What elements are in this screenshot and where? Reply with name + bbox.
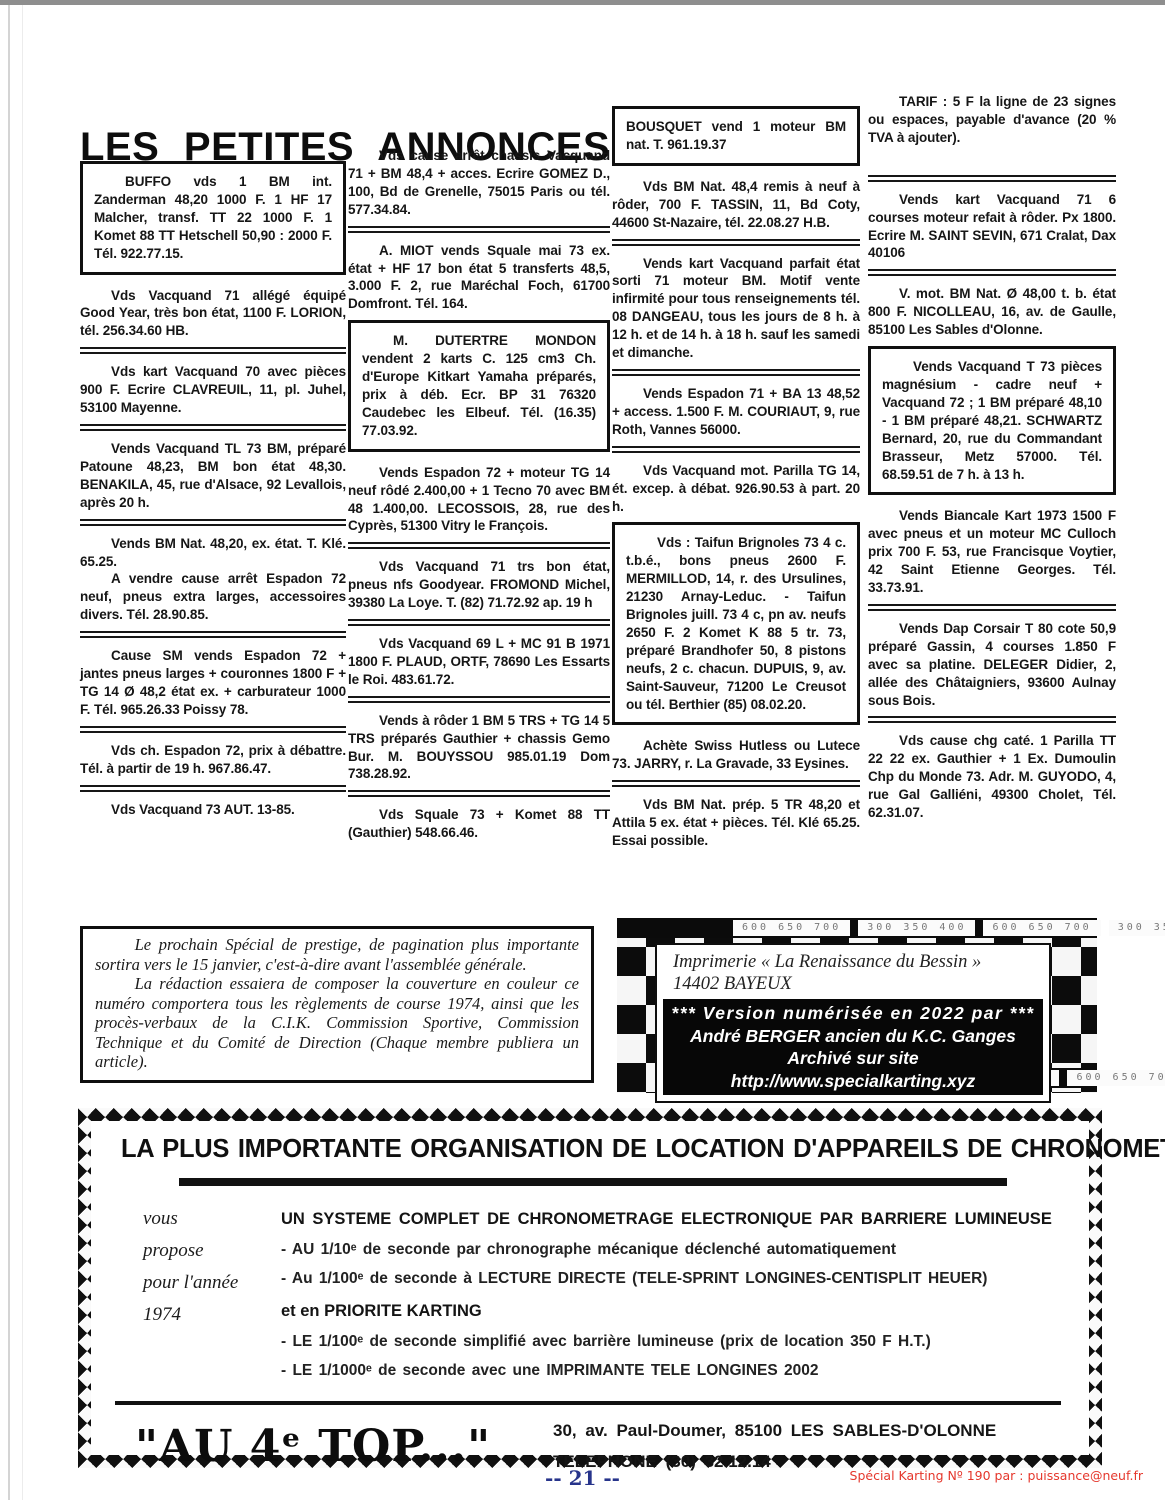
ad-text: Achète Swiss Hutless ou Lutece 73. JARRY… — [612, 737, 860, 773]
classified-ad: Vends kart Vacquand 71 6 courses moteur … — [868, 191, 1116, 263]
ad-text: V. mot. BM Nat. Ø 48,00 t. b. état 800 F… — [868, 285, 1116, 339]
classified-ad: Vends Biancale Kart 1973 1500 F avec pne… — [868, 507, 1116, 597]
printer-city: 14402 BAYEUX — [673, 973, 1043, 995]
boxed-ad: M. DUTERTRE MONDON vendent 2 karts C. 12… — [348, 320, 610, 451]
printer-calibration-box: 600 650 700300 350 400600 650 700300 350… — [617, 918, 1097, 1093]
classified-ad: V. mot. BM Nat. Ø 48,00 t. b. état 800 F… — [868, 285, 1116, 339]
magazine-page: LES PETITES ANNONCES BUFFO vds 1 BM int.… — [0, 0, 1165, 1500]
classified-ad: Vends Dap Corsair T 80 cote 50,9 préparé… — [868, 620, 1116, 710]
classified-ad: Vds Vacquand mot. Parilla TG 14, ét. exc… — [612, 462, 860, 516]
ad-text: Vends Vacquand T 73 pièces magnésium - c… — [882, 358, 1102, 483]
ad-text: Vends Vacquand TL 73 BM, préparé Patoune… — [80, 440, 346, 512]
ad-text: Vends kart Vacquand 71 6 courses moteur … — [868, 191, 1116, 263]
ad-divider — [868, 604, 1116, 611]
brand-name: "AU 4ᵉ TOP..." — [135, 1421, 491, 1472]
chronometrage-ad-inner: LA PLUS IMPORTANTE ORGANISATION DE LOCAT… — [91, 1121, 1089, 1455]
ad-divider — [612, 239, 860, 246]
digitized-line: *** Version numérisée en 2022 par *** — [665, 1002, 1041, 1025]
ad-divider — [868, 269, 1116, 276]
ad-text: Vds Vacquand 71 allégé équipé Good Year,… — [80, 287, 346, 341]
printer-credit-box: Imprimerie « La Renaissance du Bessin » … — [655, 943, 1051, 1103]
ad-divider — [612, 446, 860, 453]
ad-text: Vds Squale 73 + Komet 88 TT (Gauthier) 5… — [348, 806, 610, 842]
ad-text: Vds Vacquand 71 trs bon état, pneus nfs … — [348, 558, 610, 612]
ad-text: Vds BM Nat. prép. 5 TR 48,20 et Attila 5… — [612, 796, 860, 850]
ad-text: Vds kart Vacquand 70 avec pièces 900 F. … — [80, 363, 346, 417]
ad-text: Cause SM vends Espadon 72 + jantes pneus… — [80, 647, 346, 719]
calibration-numbers: 600 650 700 — [733, 920, 850, 936]
notice-paragraph: La rédaction essaiera de composer la cou… — [95, 974, 579, 1072]
ad-divider — [80, 347, 346, 354]
ad-text: Vends kart Vacquand parfait état sorti 7… — [612, 255, 860, 362]
ad-divider — [348, 790, 610, 797]
classified-ad: Vds BM Nat. 48,4 remis à neuf à rôder, 7… — [612, 178, 860, 232]
digitized-line: André BERGER ancien du K.C. Ganges — [665, 1025, 1041, 1048]
calibration-numbers: 600 650 700 — [1067, 1070, 1165, 1086]
editorial-notice-box: Le prochain Spécial de prestige, de pagi… — [80, 926, 594, 1083]
system-title: UN SYSTEME COMPLET DE CHRONOMETRAGE ELEC… — [281, 1210, 1063, 1229]
ad-intro-column: vous propose pour l'année 1974 — [113, 1208, 281, 1391]
footer-note: Spécial Karting Nº 190 par : puissance@n… — [850, 1468, 1143, 1483]
ad-divider — [868, 716, 1116, 723]
classified-ad: Vds cause chg caté. 1 Parilla TT 22 22 e… — [868, 732, 1116, 822]
ad-text: Vends Espadon 72 + moteur TG 14 neuf rôd… — [348, 464, 610, 536]
ad-text: M. DUTERTRE MONDON vendent 2 karts C. 12… — [362, 332, 596, 439]
priority-item: - LE 1/1000ᵉ de seconde avec une IMPRIMA… — [281, 1362, 1063, 1380]
classified-ad: Vds Vacquand 71 allégé équipé Good Year,… — [80, 287, 346, 341]
ad-divider — [348, 226, 610, 233]
ad-text: A vendre cause arrêt Espadon 72 neuf, pn… — [80, 570, 346, 624]
ad-text: Vds : Taifun Brignoles 73 4 c. t.b.é., b… — [626, 534, 846, 713]
ad-divider — [80, 631, 346, 638]
classified-ad: Vds Vacquand 73 AUT. 13-85. — [80, 801, 346, 819]
address-line: 30, av. Paul-Doumer, 85100 LES SABLES-D'… — [553, 1415, 1053, 1446]
ads-column-2: Vds cause arrêt chassis Vacquand 71 + BM… — [348, 147, 610, 849]
classified-ad: Vends BM Nat. 48,20, ex. état. T. Klé. 6… — [80, 535, 346, 625]
calibration-numbers: 600 650 700 — [983, 920, 1100, 936]
ad-divider — [612, 780, 860, 787]
system-item: - AU 1/10ᵉ de seconde par chronographe m… — [281, 1241, 1063, 1259]
classified-ad: Vends Espadon 71 + BA 13 48,52 + access.… — [612, 385, 860, 439]
scan-edge-left — [8, 5, 10, 1500]
classified-ad: Vends kart Vacquand parfait état sorti 7… — [612, 255, 860, 362]
digitized-archive-url: Archivé sur site http://www.specialkarti… — [665, 1047, 1041, 1092]
intro-line: vous — [143, 1208, 281, 1230]
ad-text: Vds cause chg caté. 1 Parilla TT 22 22 e… — [868, 732, 1116, 822]
ad-text: BOUSQUET vend 1 moteur BM nat. T. 961.19… — [626, 118, 846, 154]
ad-divider — [348, 696, 610, 703]
intro-line: 1974 — [143, 1304, 281, 1326]
boxed-ad: Vds : Taifun Brignoles 73 4 c. t.b.é., b… — [612, 522, 860, 725]
calibration-strip-top: 600 650 700300 350 400600 650 700300 350… — [617, 918, 1097, 938]
boxed-ad: Vends Vacquand T 73 pièces magnésium - c… — [868, 346, 1116, 495]
notice-paragraph: Le prochain Spécial de prestige, de pagi… — [95, 935, 579, 974]
printer-name: Imprimerie « La Renaissance du Bessin » — [673, 951, 1043, 973]
ad-divider — [348, 619, 610, 626]
ad-specs-column: UN SYSTEME COMPLET DE CHRONOMETRAGE ELEC… — [281, 1208, 1067, 1391]
system-item: - Au 1/100ᵉ de seconde à LECTURE DIRECTE… — [281, 1270, 1063, 1288]
scan-edge-left-faint — [22, 5, 23, 1500]
ad-divider — [80, 519, 346, 526]
intro-line: pour l'année — [143, 1272, 281, 1294]
classified-ad: Cause SM vends Espadon 72 + jantes pneus… — [80, 647, 346, 719]
ad-text: Vds BM Nat. 48,4 remis à neuf à rôder, 7… — [612, 178, 860, 232]
classified-ad: Vds Vacquand 71 trs bon état, pneus nfs … — [348, 558, 610, 612]
ad-text: A. MIOT vends Squale mai 73 ex. état + H… — [348, 242, 610, 314]
classified-ad: TARIF : 5 F la ligne de 23 signes ou esp… — [868, 93, 1116, 147]
intro-line: propose — [143, 1240, 281, 1262]
ads-column-3: BOUSQUET vend 1 moteur BM nat. T. 961.19… — [612, 103, 860, 857]
priority-title: et en PRIORITE KARTING — [281, 1302, 1063, 1321]
ad-text: TARIF : 5 F la ligne de 23 signes ou esp… — [868, 93, 1116, 147]
ads-column-1: BUFFO vds 1 BM int. Zanderman 48,20 1000… — [80, 158, 346, 825]
classified-ad: Vds BM Nat. prép. 5 TR 48,20 et Attila 5… — [612, 796, 860, 850]
headline-underline — [179, 1178, 1007, 1186]
ad-text: Vds cause arrêt chassis Vacquand 71 + BM… — [348, 147, 610, 219]
classified-ad: Vds kart Vacquand 70 avec pièces 900 F. … — [80, 363, 346, 417]
digitized-banner: *** Version numérisée en 2022 par *** An… — [663, 999, 1043, 1095]
boxed-ad: BOUSQUET vend 1 moteur BM nat. T. 961.19… — [612, 106, 860, 166]
chrono-headline: LA PLUS IMPORTANTE ORGANISATION DE LOCAT… — [121, 1135, 1067, 1164]
ad-text: BUFFO vds 1 BM int. Zanderman 48,20 1000… — [94, 173, 332, 263]
ad-divider — [80, 424, 346, 431]
boxed-ad: BUFFO vds 1 BM int. Zanderman 48,20 1000… — [80, 161, 346, 275]
chronometrage-ad: LA PLUS IMPORTANTE ORGANISATION DE LOCAT… — [78, 1108, 1102, 1468]
classified-ad: Vds Squale 73 + Komet 88 TT (Gauthier) 5… — [348, 806, 610, 842]
ad-text: Vends Biancale Kart 1973 1500 F avec pne… — [868, 507, 1116, 597]
ad-text: Vends à rôder 1 BM 5 TRS + TG 14 5 TRS p… — [348, 712, 610, 784]
ad-divider — [612, 369, 860, 376]
classified-ad: Vds cause arrêt chassis Vacquand 71 + BM… — [348, 147, 610, 219]
calibration-numbers: 300 350 400 — [858, 920, 975, 936]
calibration-numbers: 300 350 400 — [1109, 920, 1165, 936]
classified-ad: Vends Espadon 72 + moteur TG 14 neuf rôd… — [348, 464, 610, 536]
classified-ad: Achète Swiss Hutless ou Lutece 73. JARRY… — [612, 737, 860, 773]
ad-divider — [348, 542, 610, 549]
priority-item: - LE 1/100ᵉ de seconde simplifié avec ba… — [281, 1333, 1063, 1351]
ad-text: Vds Vacquand 73 AUT. 13-85. — [80, 801, 346, 819]
classified-ad: Vends Vacquand TL 73 BM, préparé Patoune… — [80, 440, 346, 512]
ad-text: Vends BM Nat. 48,20, ex. état. T. Klé. 6… — [80, 535, 346, 571]
ad-divider — [80, 785, 346, 792]
classified-ad: A. MIOT vends Squale mai 73 ex. état + H… — [348, 242, 610, 314]
ad-text: Vds Vacquand 69 L + MC 91 B 1971 1800 F.… — [348, 635, 610, 689]
ad-divider — [80, 726, 346, 733]
ad-text: Vds Vacquand mot. Parilla TG 14, ét. exc… — [612, 462, 860, 516]
ad-text: Vends Espadon 71 + BA 13 48,52 + access.… — [612, 385, 860, 439]
scan-edge-top — [0, 0, 1165, 5]
classified-ad: Vends à rôder 1 BM 5 TRS + TG 14 5 TRS p… — [348, 712, 610, 784]
section-divider — [115, 1401, 1061, 1405]
classified-ad: Vds Vacquand 69 L + MC 91 B 1971 1800 F.… — [348, 635, 610, 689]
ad-text: Vends Dap Corsair T 80 cote 50,9 préparé… — [868, 620, 1116, 710]
classified-ad: Vds ch. Espadon 72, prix à débattre. Tél… — [80, 742, 346, 778]
ad-divider — [868, 175, 1116, 182]
ad-text: Vds ch. Espadon 72, prix à débattre. Tél… — [80, 742, 346, 778]
ads-column-4: TARIF : 5 F la ligne de 23 signes ou esp… — [868, 93, 1116, 829]
